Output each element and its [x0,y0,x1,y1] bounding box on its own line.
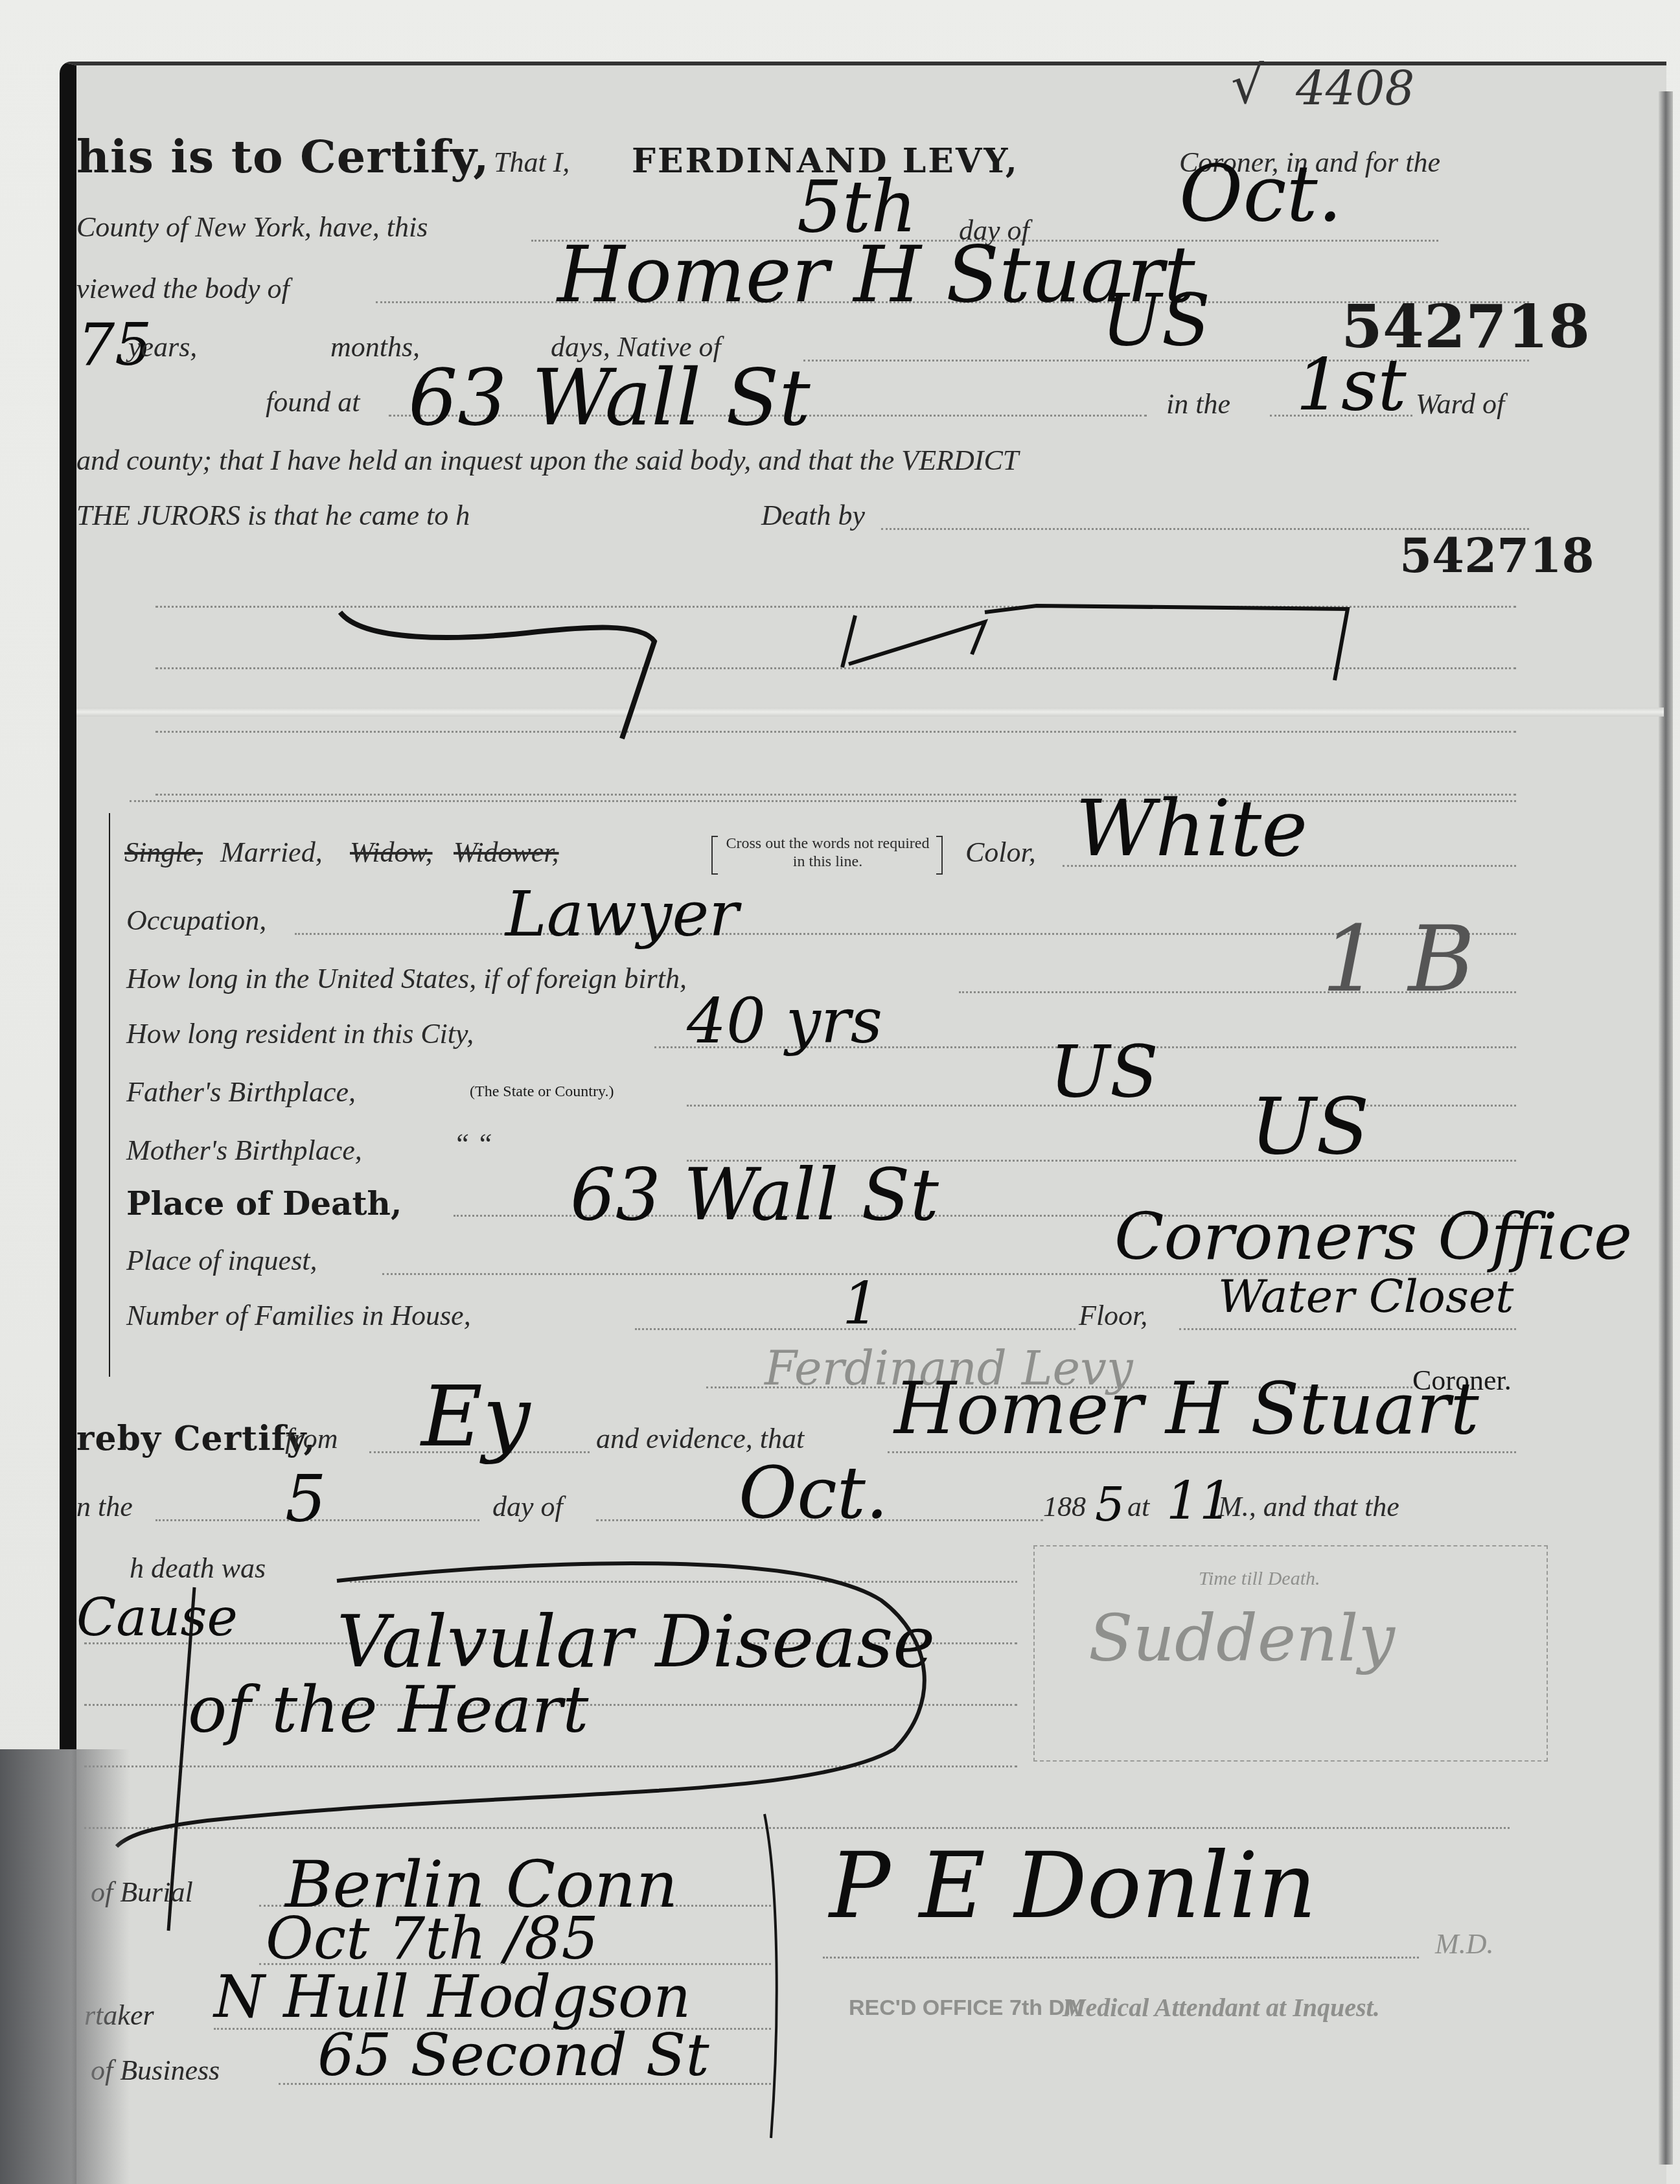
rule [823,1957,1419,1959]
received-stamp: REC'D OFFICE 7th DIV [849,1995,1085,2021]
medical-attendant-label: Medical Attendant at Inquest. [1063,1992,1380,2023]
medical-signature: P E Donlin [829,1833,1317,1939]
photo-shadow [0,1749,130,2184]
md-suffix: M.D. [1435,1927,1493,1960]
